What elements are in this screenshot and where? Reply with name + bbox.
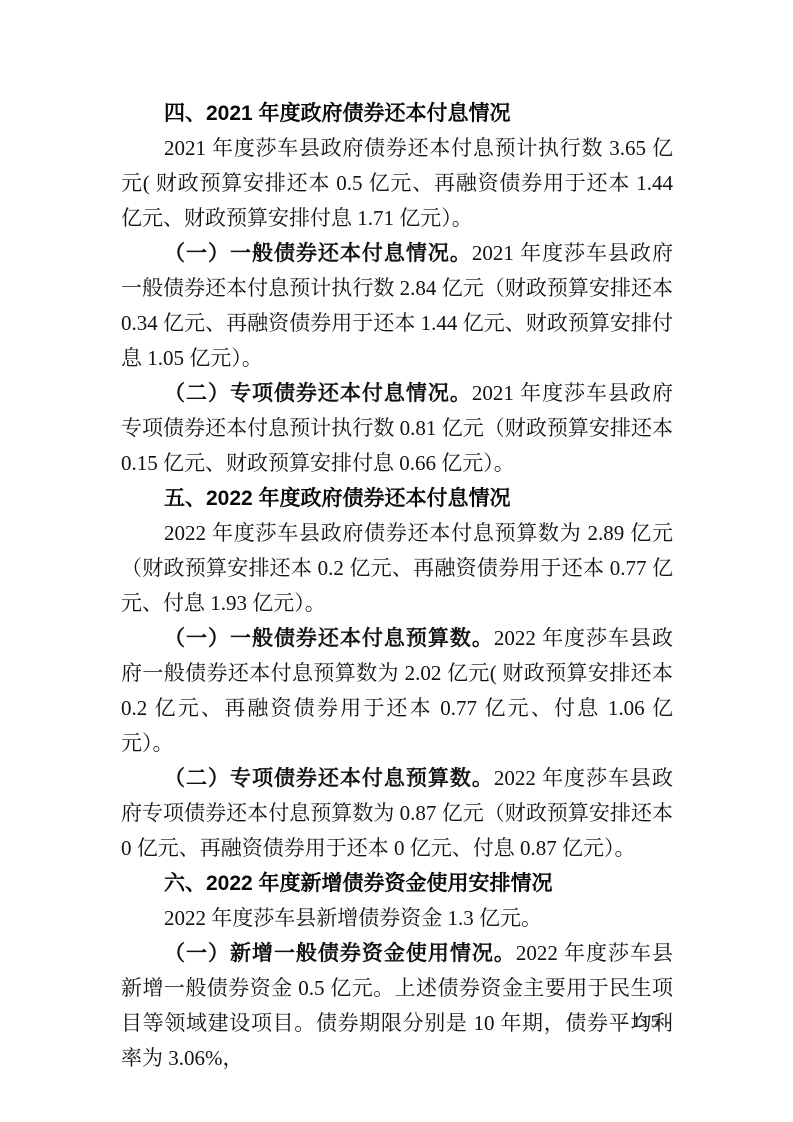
paragraph: （一）一般债券还本付息预算数。2022 年度莎车县政府一般债券还本付息预算数为 … — [121, 621, 673, 761]
paragraph-text: 2022 年度莎车县政府债券还本付息预算数为 2.89 亿元（财政预算安排还本 … — [121, 521, 673, 615]
paragraph: （一）一般债券还本付息情况。2021 年度莎车县政府一般债券还本付息预计执行数 … — [121, 236, 673, 376]
page-number: - 115 - — [620, 1012, 672, 1032]
paragraph: 2022 年度莎车县新增债券资金 1.3 亿元。 — [121, 901, 673, 936]
section-heading-5: 五、2022 年度政府债券还本付息情况 — [121, 481, 673, 516]
paragraph-lead: （一）一般债券还本付息情况。 — [164, 241, 472, 265]
paragraph: 2022 年度莎车县政府债券还本付息预算数为 2.89 亿元（财政预算安排还本 … — [121, 516, 673, 621]
section-heading-4: 四、2021 年度政府债券还本付息情况 — [121, 96, 673, 131]
section-heading-6: 六、2022 年度新增债券资金使用安排情况 — [121, 866, 673, 901]
paragraph-lead: （一）一般债券还本付息预算数。 — [164, 626, 494, 650]
document-page: 四、2021 年度政府债券还本付息情况 2021 年度莎车县政府债券还本付息预计… — [0, 0, 793, 1122]
paragraph-text: 2021 年度莎车县政府债券还本付息预计执行数 3.65 亿元( 财政预算安排还… — [121, 136, 673, 230]
paragraph: （二）专项债券还本付息情况。2021 年度莎车县政府专项债券还本付息预计执行数 … — [121, 376, 673, 481]
paragraph-lead: （二）专项债券还本付息情况。 — [164, 381, 472, 405]
paragraph: （二）专项债券还本付息预算数。2022 年度莎车县政府专项债券还本付息预算数为 … — [121, 761, 673, 866]
paragraph-lead: （一）新增一般债券资金使用情况。 — [164, 941, 516, 965]
paragraph: 2021 年度莎车县政府债券还本付息预计执行数 3.65 亿元( 财政预算安排还… — [121, 131, 673, 236]
paragraph: （一）新增一般债券资金使用情况。2022 年度莎车县新增一般债券资金 0.5 亿… — [121, 936, 673, 1076]
paragraph-text: 2022 年度莎车县新增债券资金 1.3 亿元。 — [164, 906, 542, 930]
paragraph-lead: （二）专项债券还本付息预算数。 — [164, 766, 494, 790]
